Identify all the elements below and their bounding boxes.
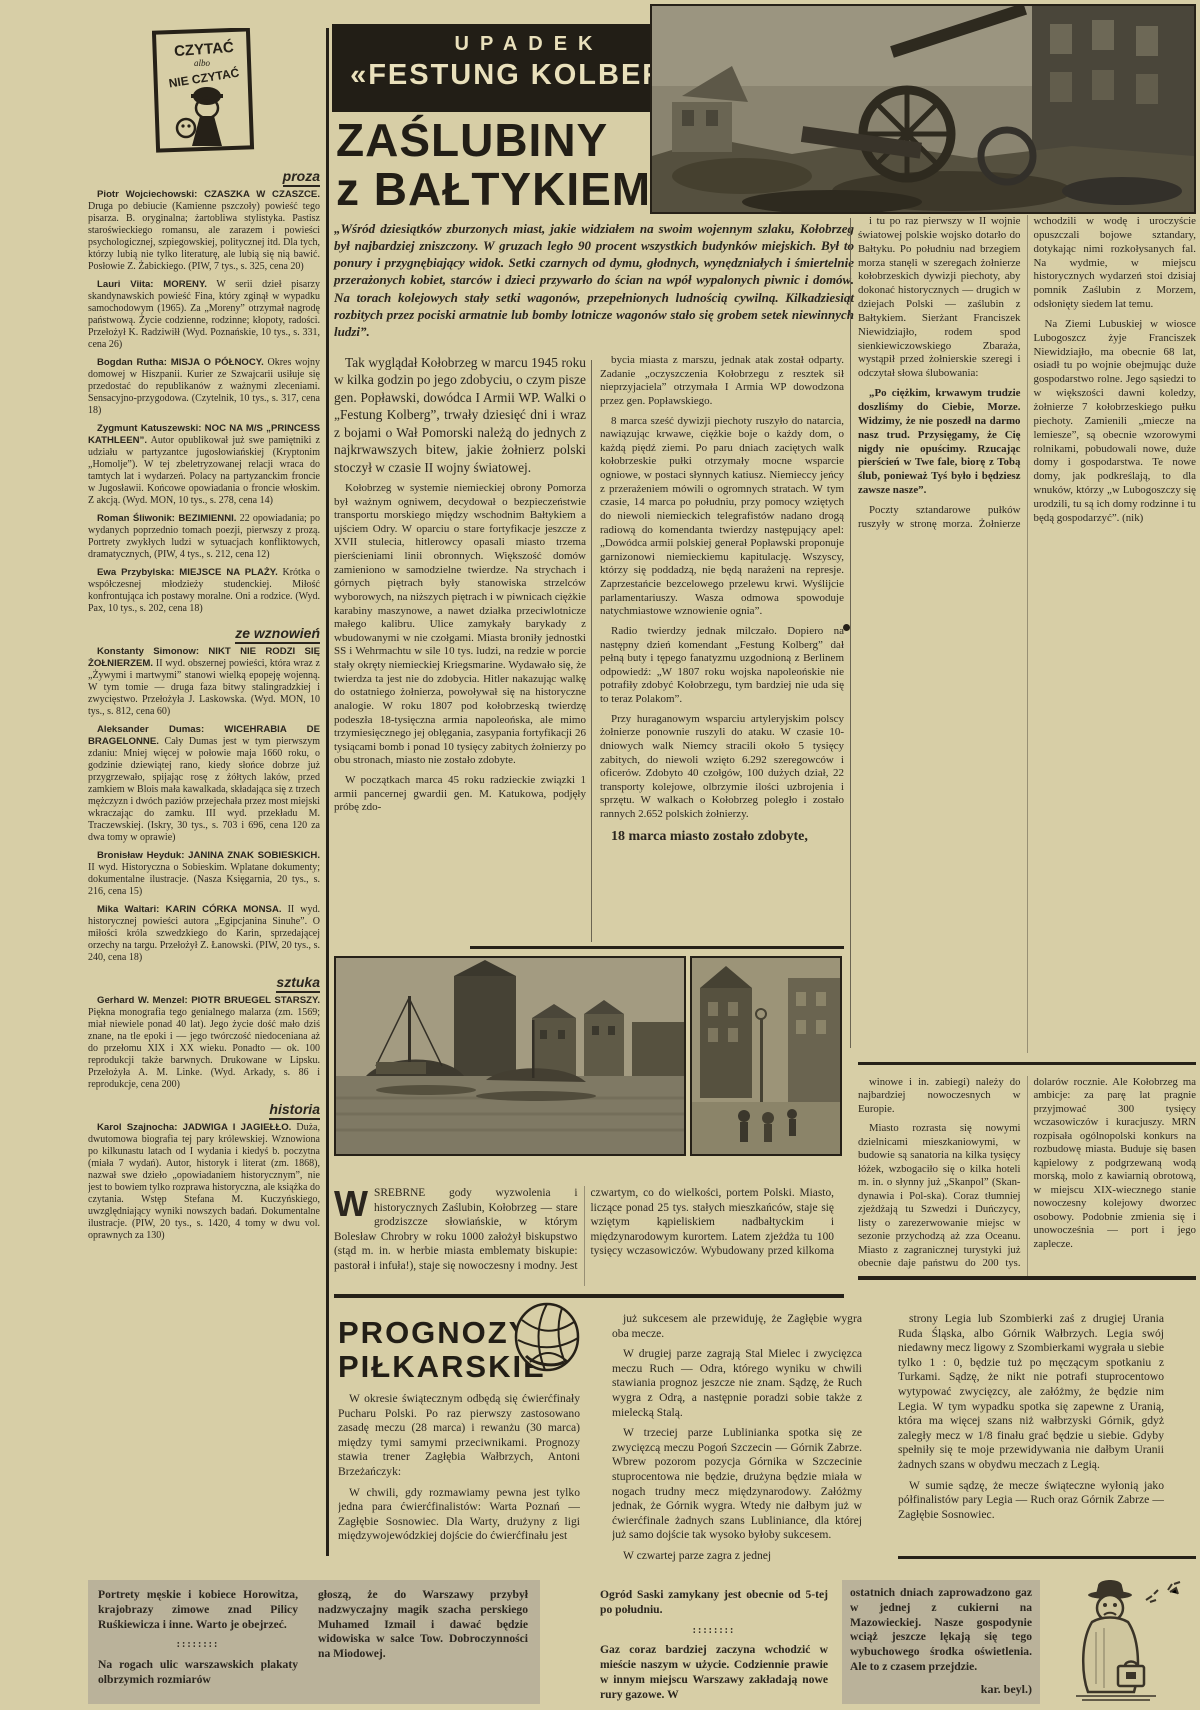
svg-text:albo: albo: [194, 58, 211, 68]
paragraph: W trzeciej parze Lublinianka spotka się …: [612, 1426, 862, 1543]
paragraph: 8 marca sześć dywizji piechoty ruszyło d…: [600, 415, 844, 619]
proza-review-list: Piotr Wojciechowski: CZASZKA W CZASZCE. …: [88, 189, 320, 615]
street-photo-image: [692, 958, 840, 1154]
kolobrzeg-harbor-photo: [334, 956, 686, 1156]
dropcap-w: W: [334, 1189, 368, 1219]
article-lede: „Wśród dziesiątków zburzonych miast, jak…: [334, 220, 854, 348]
retro-note: Na rogach ulic warszawskich plakaty olbr…: [98, 1658, 298, 1688]
paragraph: Radio twierdzy jednak milczało. Dopiero …: [600, 625, 844, 707]
football-column-1: W okresie świątecznym odbędą się ćwierćf…: [338, 1392, 580, 1562]
vertical-divider: [326, 28, 329, 1556]
book-review: Karol Szajnocha: JADWIGA I JAGIEŁŁO. Duż…: [88, 1122, 320, 1242]
book-review: Bogdan Rutha: MISJA O PÓŁNOCY. Okres woj…: [88, 357, 320, 417]
football-column-2: już sukcesem ale przewiduję, że Zagłębie…: [612, 1312, 862, 1564]
horizontal-rule: [858, 1062, 1196, 1065]
retro-note: ::::::::: [98, 1639, 298, 1652]
paragraph: winowe i in. zabiegi) należy do najbardz…: [858, 1076, 1021, 1116]
section-label-historia: historia: [88, 1101, 320, 1117]
war-ruins-photo: [650, 4, 1196, 214]
czytac-logo-icon: CZYTAĆ albo NIE CZYTAĆ: [152, 28, 256, 154]
paragraph: Przy huraganowym wsparciu artyleryjskim …: [600, 713, 844, 822]
book-review: Ewa Przybylska: MIEJSCE NA PLAŻY. Krótka…: [88, 567, 320, 615]
retro-column-3: Ogród Saski zamykany jest obecnie od 5-t…: [600, 1588, 828, 1710]
historia-review-list: Karol Szajnocha: JADWIGA I JAGIEŁŁO. Duż…: [88, 1122, 320, 1242]
book-review: Zygmunt Katuszewski: NOC NA M/S „PRINCES…: [88, 423, 320, 507]
harbor-photo-image: [336, 958, 684, 1154]
retro-column-4-list: ostatnich dniach zaprowadzono gaz w jedn…: [850, 1586, 1032, 1675]
paragraph: Kołobrzeg w systemie niemieckiej obrony …: [334, 482, 586, 768]
svg-text:NIE CZYTAĆ: NIE CZYTAĆ: [168, 64, 241, 90]
read-or-not-logo: CZYTAĆ albo NIE CZYTAĆ: [88, 28, 320, 158]
retro-column-2: głoszą, że do Warszawy przybył nadzwycza…: [318, 1588, 528, 1669]
paragraph: 18 marca miasto zostało zdobyte,: [600, 828, 844, 845]
book-review-column: CZYTAĆ albo NIE CZYTAĆ proza Piotr Wojci…: [88, 28, 320, 1558]
retro-note: głoszą, że do Warszawy przybył nadzwycza…: [318, 1588, 528, 1662]
retro-note: Ogród Saski zamykany jest obecnie od 5-t…: [600, 1588, 828, 1618]
section-label-proza: proza: [88, 168, 320, 184]
paragraph: W czwartej parze zagra z jednej: [612, 1549, 862, 1564]
section-label-wznowienia: ze wznowień: [88, 625, 320, 641]
kolberg-now-right-block: winowe i in. zabiegi) należy do najbardz…: [858, 1076, 1196, 1278]
paragraph: Tak wyglądał Kołobrzeg w marcu 1945 roku…: [334, 354, 586, 476]
column-rule: [591, 360, 592, 942]
paragraph: Na Ziemi Lubuskiej w wiosce Lubogoszcz ż…: [1034, 318, 1197, 526]
book-review: Mika Waltari: KARIN CÓRKA MONSA. II wyd.…: [88, 904, 320, 964]
retro-column-4: ostatnich dniach zaprowadzono gaz w jedn…: [850, 1586, 1032, 1697]
retro-note: Portrety męskie i kobiece Horowitza, kra…: [98, 1588, 298, 1632]
football-ball: [512, 1300, 582, 1379]
article-title: ZAŚLUBINY z BAŁTYKIEM: [336, 116, 651, 214]
paragraph: bycia miasta z marszu, jednak atak zosta…: [600, 354, 844, 409]
book-review: Konstanty Simonow: NIKT NIE RODZI SIĘ ŻO…: [88, 646, 320, 718]
paragraph: „Po ciężkim, krwawym trudzie doszliśmy d…: [858, 387, 1021, 498]
svg-text:CZYTAĆ: CZYTAĆ: [174, 38, 235, 60]
paragraph: i tu po raz pierwszy w II wojnie światow…: [858, 215, 1021, 381]
paragraph: W drugiej parze zagrają Stal Mielec i zw…: [612, 1347, 862, 1420]
retro-signature: kar. beyl.): [850, 1682, 1032, 1697]
retro-note: ::::::::: [600, 1625, 828, 1638]
sztuka-review-list: Gerhard W. Menzel: PIOTR BRUEGEL STARSZY…: [88, 995, 320, 1091]
football-column-3: strony Legia lub Szombierki zaś z drugie…: [898, 1312, 1164, 1564]
book-review: Piotr Wojciechowski: CZASZKA W CZASZCE. …: [88, 189, 320, 273]
retro-note: Gaz coraz bardziej zaczyna wchodzić w mi…: [600, 1643, 828, 1702]
newspaper-page: CZYTAĆ albo NIE CZYTAĆ proza Piotr Wojci…: [0, 0, 1200, 1710]
article-columns-3-4: i tu po raz pierwszy w II wojnie światow…: [858, 215, 1196, 1053]
wznowienia-review-list: Konstanty Simonow: NIKT NIE RODZI SIĘ ŻO…: [88, 646, 320, 964]
title-line1: ZAŚLUBINY: [336, 116, 651, 165]
title-line2: z BAŁTYKIEM: [336, 165, 651, 214]
article-column-1: Tak wyglądał Kołobrzeg w marcu 1945 roku…: [334, 354, 586, 950]
book-review: Roman Śliwonik: BEZIMIENNI. 22 opowiadan…: [88, 513, 320, 561]
book-review: Gerhard W. Menzel: PIOTR BRUEGEL STARSZY…: [88, 995, 320, 1091]
bullet-marker-icon: [843, 624, 850, 631]
kolobrzeg-street-photo: [690, 956, 842, 1156]
kolberg-now-lead-block: WSREBRNE gody wyzwolenia i historycznych…: [334, 1186, 834, 1286]
section-label-sztuka: sztuka: [88, 974, 320, 990]
retro-column-1: Portrety męskie i kobiece Horowitza, kra…: [98, 1588, 298, 1695]
horizontal-rule: [334, 1294, 844, 1298]
cartoon: [1046, 1572, 1196, 1709]
paragraph: już sukcesem ale przewiduję, że Zagłębie…: [612, 1312, 862, 1341]
grumpy-man-cartoon-icon: [1046, 1572, 1196, 1704]
war-ruins-photo-image: [652, 6, 1194, 212]
book-review: Bronisław Heyduk: JANINA ZNAK SOBIESKICH…: [88, 850, 320, 898]
paragraph: strony Legia lub Szombierki zaś z drugie…: [898, 1312, 1164, 1473]
paragraph: W sumie sądzę, że mecze świąteczne wyłon…: [898, 1479, 1164, 1523]
horizontal-rule: [470, 946, 844, 949]
paragraph: W początkach marca 45 roku radzieckie zw…: [334, 774, 586, 815]
book-review: Lauri Viita: MORENY. W serii dzieł pisar…: [88, 279, 320, 351]
horizontal-rule: [858, 1276, 1196, 1280]
paragraph: W okresie świątecznym odbędą się ćwierćf…: [338, 1392, 580, 1480]
column-rule: [850, 218, 851, 1048]
soccer-ball-icon: [512, 1300, 582, 1374]
retro-note: ostatnich dniach zaprowadzono gaz w jedn…: [850, 1586, 1032, 1675]
horizontal-rule: [898, 1556, 1196, 1559]
paragraph: WSREBRNE gody wyzwolenia i historycznych…: [334, 1186, 834, 1286]
book-review: Aleksander Dumas: WICEHRABIA DE BRAGELON…: [88, 724, 320, 844]
article-column-2: bycia miasta z marszu, jednak atak zosta…: [600, 354, 844, 950]
paragraph: W chwili, gdy rozmawiamy pewna jest tylk…: [338, 1486, 580, 1544]
